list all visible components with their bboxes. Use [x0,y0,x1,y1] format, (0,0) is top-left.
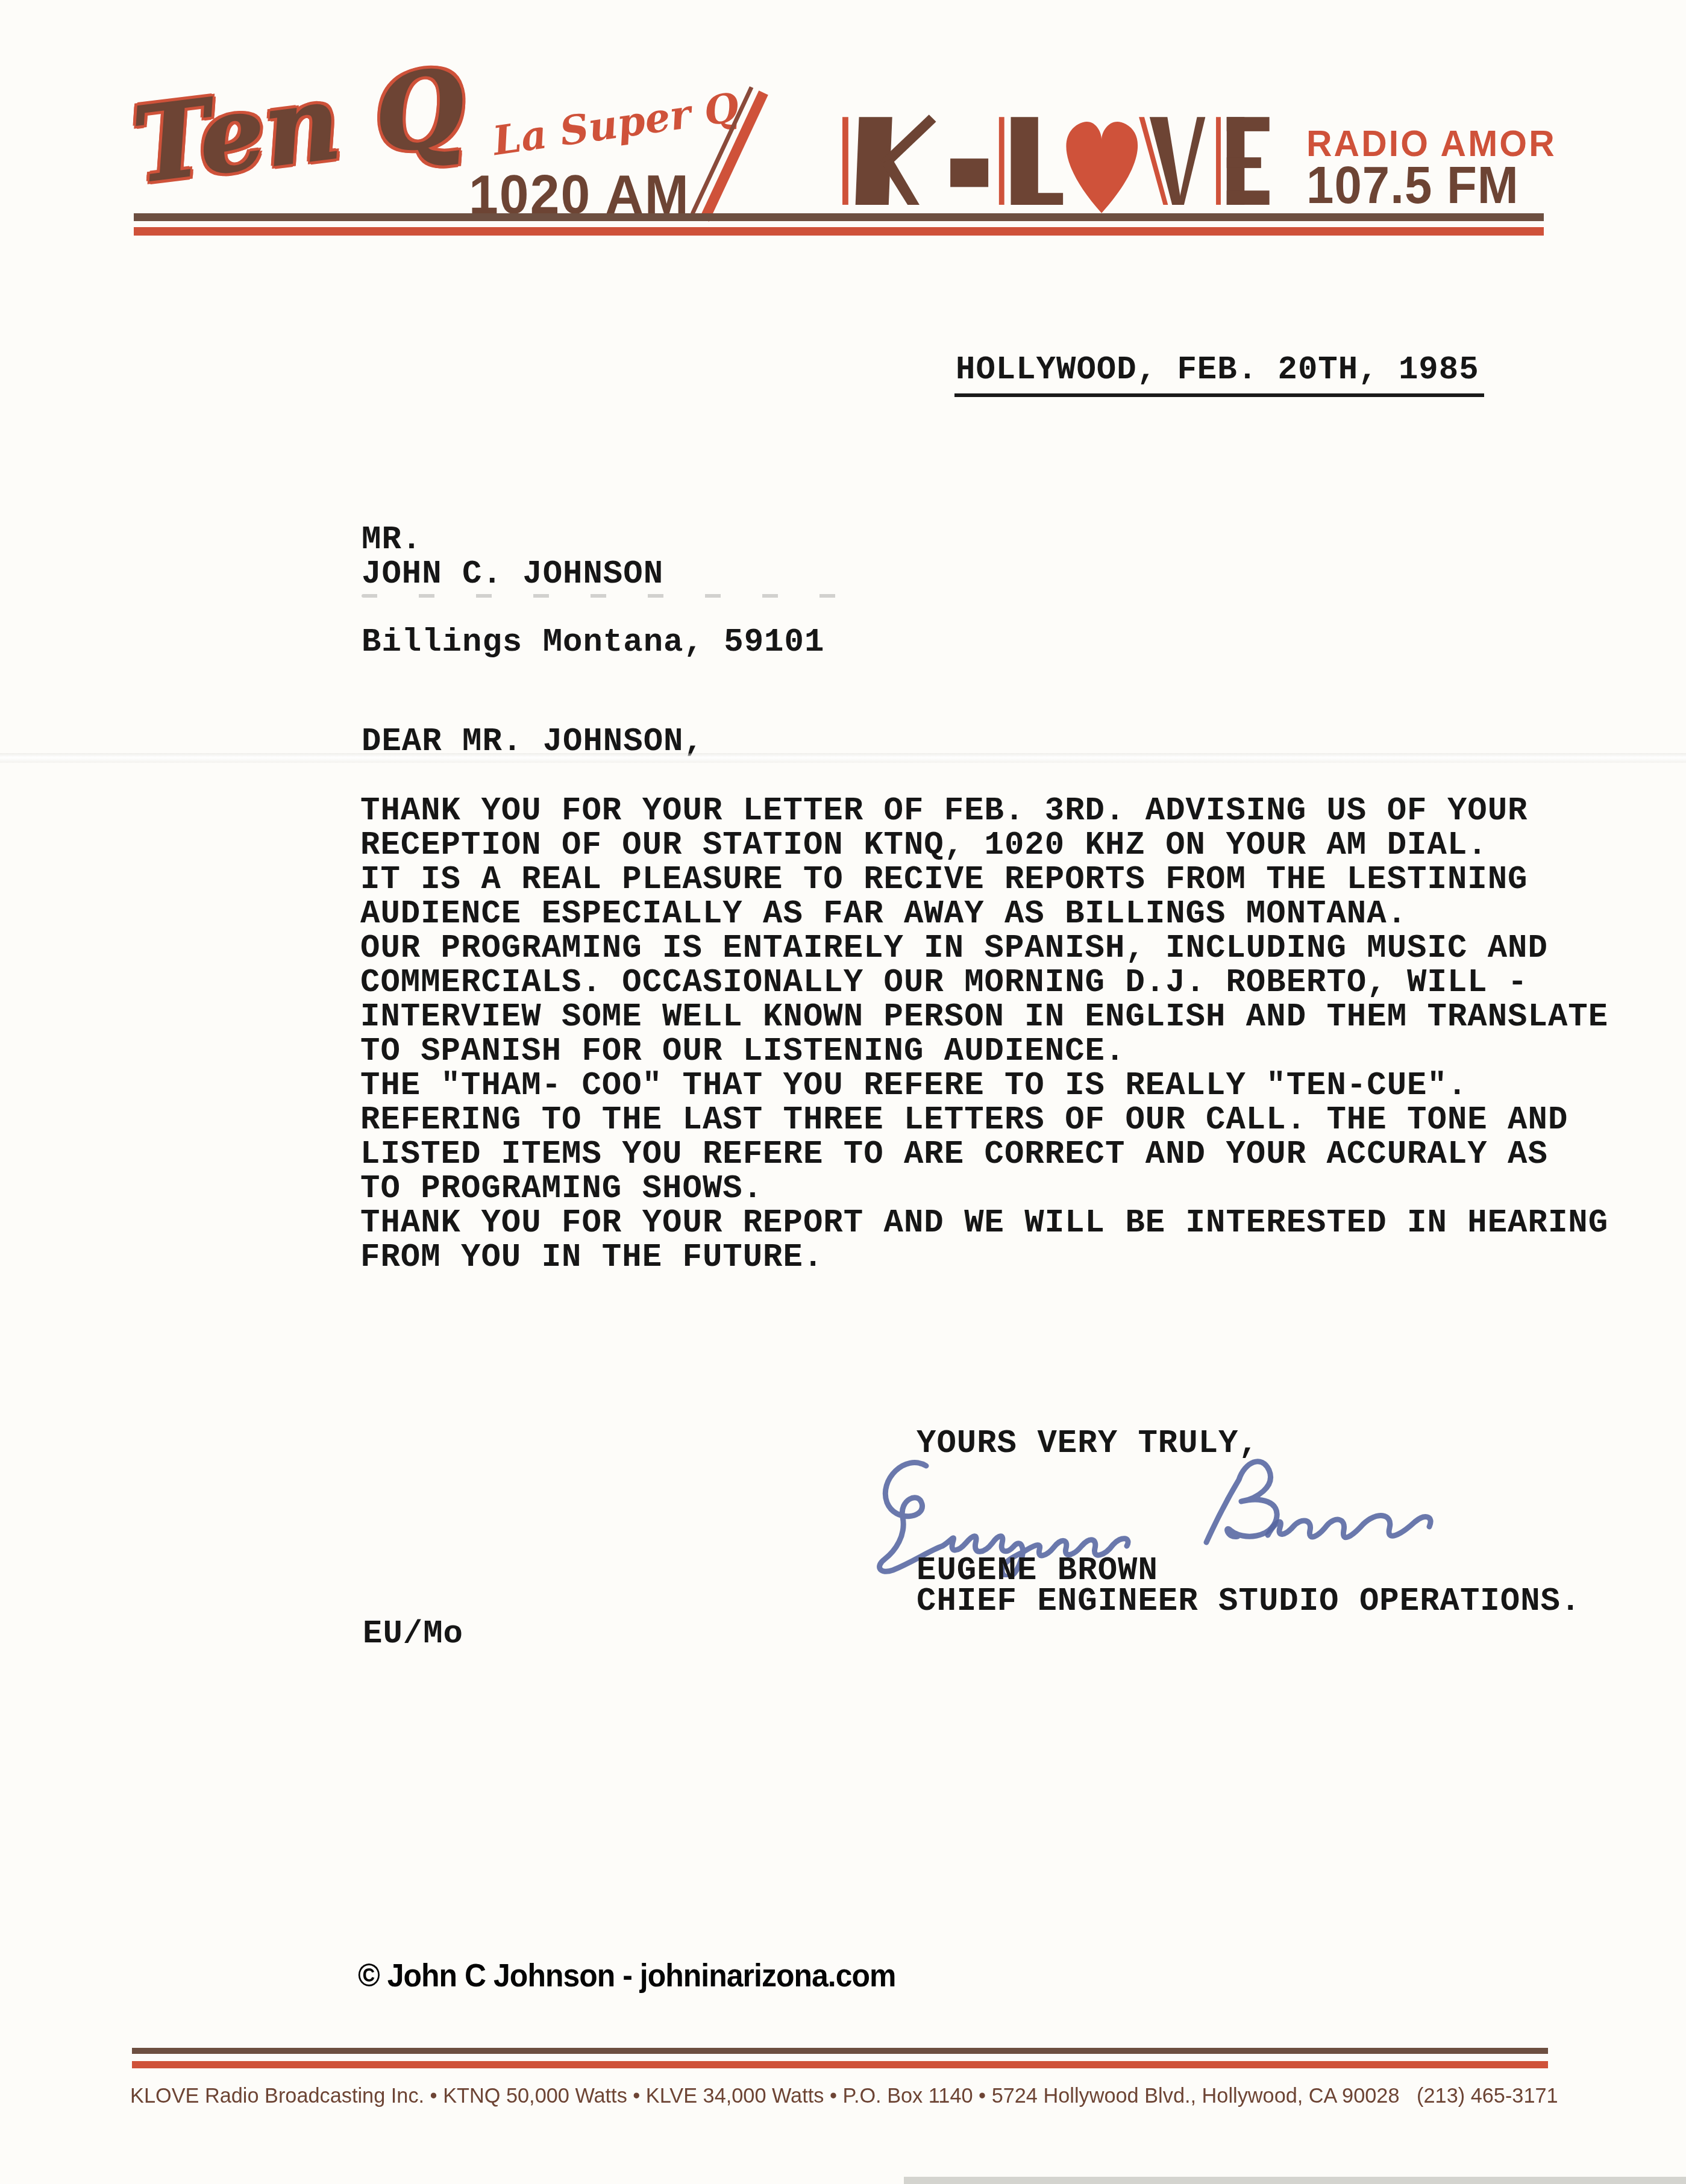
body-line: RECEPTION OF OUR STATION KTNQ, 1020 KHZ … [360,828,1608,863]
klove-letter-v [1139,117,1205,205]
tenq-logo-text: Ten Q [127,45,472,207]
body-line: COMMERCIALS. OCCASIONALLY OUR MORNING D.… [360,966,1608,1000]
recipient-city-line: Billings Montana, 59101 [362,625,824,660]
body-line: FROM YOU IN THE FUTURE. [360,1241,1608,1275]
body-line: LISTED ITEMS YOU REFERE TO ARE CORRECT A… [360,1137,1608,1172]
recipient-name: JOHN C. JOHNSON [362,557,663,592]
body-line: THANK YOU FOR YOUR REPORT AND WE WILL BE… [360,1206,1608,1241]
letter-body: THANK YOU FOR YOUR LETTER OF FEB. 3RD. A… [360,794,1608,1275]
recipient-prefix: MR. [362,523,422,557]
footer-rule-brown [132,2048,1548,2054]
scan-artifact-band [0,753,1686,763]
letterhead-rule-red [134,227,1544,236]
klove-letter-k [842,114,936,205]
footer-contact-line: KLOVE Radio Broadcasting Inc. • KTNQ 50,… [130,2083,1558,2108]
date-line: HOLLYWOOD, FEB. 20TH, 1985 [954,353,1484,397]
letterhead-rule-brown [134,213,1544,221]
body-line: TO SPANISH FOR OUR LISTENING AUDIENCE. [360,1034,1608,1069]
body-line: REFERING TO THE LAST THREE LETTERS OF OU… [360,1103,1608,1137]
klove-frequency: 107.5 FM [1306,155,1519,215]
body-line: AUDIENCE ESPECIALLY AS FAR AWAY AS BILLI… [360,897,1608,931]
erased-address-line [362,594,838,598]
reference-initials: EU/Mo [363,1617,463,1651]
footer-rule-red [132,2061,1548,2068]
body-line: OUR PROGRAMING IS ENTAIRELY IN SPANISH, … [360,931,1608,966]
body-line: INTERVIEW SOME WELL KNOWN PERSON IN ENGL… [360,1000,1608,1034]
signer-title: CHIEF ENGINEER STUDIO OPERATIONS. [917,1585,1581,1619]
klove-letter-e [1216,117,1270,205]
scan-edge-artifact [904,2177,1686,2184]
klove-dot [950,158,988,187]
klove-letter-l [999,117,1063,205]
tenq-tagline: La Super Q [490,84,742,164]
letter-scan: Ten Q La Super Q 1020 AM [0,0,1686,2184]
copyright-watermark: © John C Johnson - johninarizona.com [358,1957,895,1994]
body-line: IT IS A REAL PLEASURE TO RECIVE REPORTS … [360,863,1608,897]
heart-icon [1066,122,1138,213]
klove-logo [842,110,1293,218]
body-line: TO PROGRAMING SHOWS. [360,1172,1608,1206]
body-line: THANK YOU FOR YOUR LETTER OF FEB. 3RD. A… [360,794,1608,828]
tenq-logo: Ten Q [142,84,474,207]
body-line: THE "THAM- COO" THAT YOU REFERE TO IS RE… [360,1069,1608,1103]
